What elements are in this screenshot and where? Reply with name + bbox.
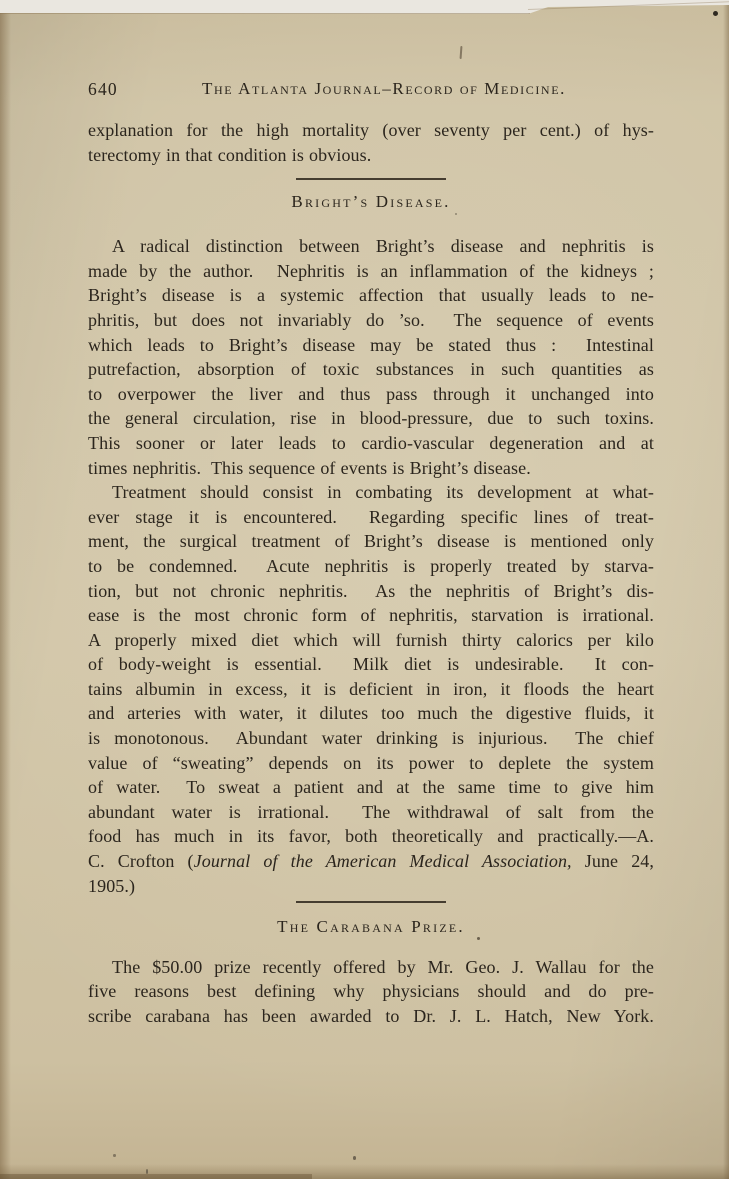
page-body: explanation for the high mortality (over… [88,118,654,1029]
scan-speck [353,1156,356,1160]
text-line: food has much in its favor, both theoret… [88,824,654,849]
text-line: is monotonous. Abundant water drinking i… [88,726,654,751]
text-line: five reasons best defining why physician… [88,979,654,1004]
scan-speck [460,46,462,59]
paragraph: A radical distinction between Bright’s d… [88,234,654,480]
text-line: value of “sweating” depends on its power… [88,751,654,776]
paragraph: The $50.00 prize recently offered by Mr.… [88,955,654,1029]
text-line: Bright’s disease is a systemic affection… [88,283,654,308]
scanned-page: 640 The Atlanta Journal–Record of Medici… [0,0,729,1179]
text-line: ease is the most chronic form of nephrit… [88,603,654,628]
scan-speck [713,11,718,16]
text-segment: C. Crofton ( [88,851,194,871]
text-line: abundant water is irrational. The withdr… [88,800,654,825]
page-bottom-shadow [0,1174,312,1179]
section-heading: Bright’s Disease. [88,190,654,214]
scan-speck [477,937,480,940]
text-line: made by the author. Nephritis is an infl… [88,259,654,284]
text-line: ment, the surgical treatment of Bright’s… [88,529,654,554]
text-line: the general circulation, rise in blood-p… [88,406,654,431]
section-heading: The Carabana Prize. [88,915,654,939]
scan-speck [113,1154,116,1157]
text-line: tains albumin in excess, it is deficient… [88,677,654,702]
text-line: to be condemned. Acute nephritis is prop… [88,554,654,579]
page-top-seam [0,13,530,15]
text-line: scribe carabana has been awarded to Dr. … [88,1004,654,1029]
page-left-shadow [0,0,11,1179]
text-line: terectomy in that condition is obvious. [88,143,654,168]
text-line: A radical distinction between Bright’s d… [88,234,654,259]
text-line: to overpower the liver and thus pass thr… [88,382,654,407]
text-line: A properly mixed diet which will furnish… [88,628,654,653]
section-divider [296,901,446,903]
section-divider [296,178,446,180]
text-segment: June 24, [572,851,654,871]
page-right-shadow [723,0,729,1179]
page-number: 640 [88,79,118,100]
text-line: C. Crofton (Journal of the American Medi… [88,849,654,874]
text-line: This sooner or later leads to cardio-vas… [88,431,654,456]
citation-italic: Journal of the American Medical Associat… [194,851,572,871]
text-line: Treatment should consist in combating it… [88,480,654,505]
text-line: ever stage it is encountered. Regarding … [88,505,654,530]
text-line: and arteries with water, it dilutes too … [88,701,654,726]
text-line: tion, but not chronic nephritis. As the … [88,579,654,604]
text-line: phritis, but does not invariably do ’so.… [88,308,654,333]
scan-speck [146,1169,148,1174]
scan-speck [455,213,457,215]
text-line: times nephritis. This sequence of events… [88,456,654,481]
text-line: of body-weight is essential. Milk diet i… [88,652,654,677]
paragraph: explanation for the high mortality (over… [88,118,654,167]
paragraph: Treatment should consist in combating it… [88,480,654,898]
journal-title: The Atlanta Journal–Record of Medicine. [88,79,654,99]
text-line: explanation for the high mortality (over… [88,118,654,143]
text-line: putrefaction, absorption of toxic substa… [88,357,654,382]
text-line: which leads to Bright’s disease may be s… [88,333,654,358]
text-line: 1905.) [88,874,654,899]
text-line: of water. To sweat a patient and at the … [88,775,654,800]
running-head: 640 The Atlanta Journal–Record of Medici… [88,79,654,101]
text-line: The $50.00 prize recently offered by Mr.… [88,955,654,980]
